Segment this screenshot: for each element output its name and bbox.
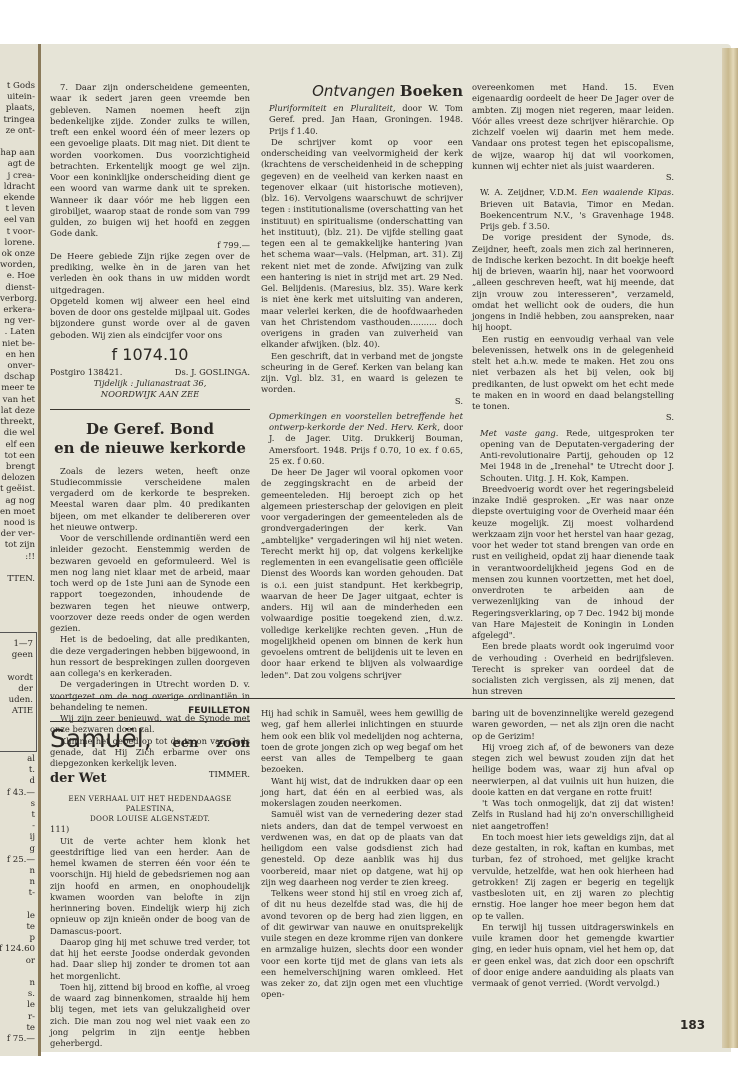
gift-amount: f 799.— [50, 240, 250, 251]
sliver-text-fragment: ng ver- [0, 316, 38, 327]
sliver-text-fragment: agt de [0, 159, 38, 170]
sliver-text-fragment: t [0, 810, 38, 821]
paragraph: De vorige president der Synode, ds. Zeij… [472, 232, 674, 333]
sliver-text-fragment: eel van [0, 215, 38, 226]
sliver-text-fragment: t leven [0, 204, 38, 215]
paragraph: Telkens weer stond hij stil en vroeg zic… [261, 888, 463, 1001]
sliver-text-fragment: niet be- [0, 339, 38, 350]
sliver-text-fragment: die wel [0, 428, 38, 439]
sliver-text-fragment: t Gods [0, 81, 38, 92]
reviewer-signature: S. [261, 396, 463, 407]
feuilleton-divider [50, 698, 675, 699]
sliver-text-fragment: :!! [0, 552, 38, 563]
sliver-text-fragment: e. Hoe [0, 271, 38, 282]
book-reference: Pluriformiteit en Pluraliteit, door W. T… [261, 103, 463, 137]
sliver-text-fragment: t- [0, 888, 38, 899]
sliver-text-fragment: meer te [0, 383, 38, 394]
postgiro-number: Postgiro 138421. [50, 367, 122, 378]
sliver-text-fragment: brengt [0, 462, 38, 473]
paragraph: Breedvoerig wordt over het regeringsbele… [472, 484, 674, 642]
sliver-text-fragment: TTEN. [0, 574, 38, 585]
sliver-text-fragment: - [0, 821, 38, 832]
sliver-text-fragment: ok onze [0, 249, 38, 260]
sliver-text-fragment: n [0, 866, 38, 877]
sliver-text-fragment: ekende [0, 193, 38, 204]
paragraph: Voor de verschillende ordinantiën werd e… [50, 533, 250, 634]
paragraph: En terwijl hij tussen uitdragerswinkels … [472, 922, 674, 990]
reviewer-signature: S. [472, 412, 674, 423]
paragraph: De schrijver komt op voor een onderschei… [261, 137, 463, 351]
paragraph: overeenkomen met Hand. 15. Even eigenaar… [472, 82, 674, 172]
paragraph: baring uit de bovenzinnelijke wereld gez… [472, 708, 674, 742]
sliver-text-fragment: ag nog [0, 496, 38, 507]
sliver-text-fragment: hap aan [0, 148, 38, 159]
paragraph: De Heere gebiede Zijn rijke zegen over d… [50, 251, 250, 296]
sliver-text-fragment: r- [0, 1012, 38, 1023]
sliver-text-fragment: elf een [0, 440, 38, 451]
previous-page-text-top: t Godsuitein-plaats,tringeaze ont- hap a… [0, 44, 38, 585]
sliver-text-fragment: n [0, 978, 38, 989]
sliver-text-fragment: n [0, 877, 38, 888]
sliver-text-fragment: lat deze [0, 406, 38, 417]
installment-number: 111) [50, 824, 250, 835]
sliver-text-fragment: 1—7 [0, 639, 36, 650]
sliver-text-fragment: geen [0, 650, 36, 661]
sliver-text-fragment: t. [0, 765, 38, 776]
paragraph: 't Was toch onmogelijk, dat zij dat wist… [472, 798, 674, 832]
sliver-text-fragment: ldracht [0, 182, 38, 193]
paragraph: Een brede plaats wordt ook ingeruimd voo… [472, 641, 674, 697]
section-divider [50, 409, 250, 410]
sliver-text-fragment: te [0, 922, 38, 933]
paragraph: De heer De Jager wil vooral opkomen voor… [261, 467, 463, 681]
sliver-text-fragment [0, 137, 38, 148]
page-stack-edge [722, 48, 738, 1048]
sliver-text-fragment: uitein- [0, 92, 38, 103]
sliver-text-fragment: delozen [0, 473, 38, 484]
sliver-text-fragment: erkera- [0, 305, 38, 316]
story-title: Samuël, een zoon der Wet [50, 724, 250, 794]
sliver-text-fragment: ij [0, 832, 38, 843]
sliver-text-fragment: s. [0, 989, 38, 1000]
collection-report-column: 7. Daar zijn onderscheidene gemeenten, w… [50, 82, 250, 781]
sliver-text-fragment: . Laten [0, 327, 38, 338]
paragraph: Want hij wist, dat de indrukken daar op … [261, 776, 463, 810]
section-heading: Ontvangen Boeken [261, 82, 463, 100]
sliver-text-fragment: ATIE [0, 706, 36, 717]
signer-name: Ds. J. GOSLINGA. [175, 367, 250, 378]
divider [50, 721, 250, 722]
sliver-text-fragment: t voor- [0, 227, 38, 238]
paragraph: 7. Daar zijn onderscheidene gemeenten, w… [50, 82, 250, 240]
paragraph: En toch moest hier iets geweldigs zijn, … [472, 832, 674, 922]
paragraph: Zoals de lezers weten, heeft onze Studie… [50, 466, 250, 534]
feuilleton-column-3: baring uit de bovenzinnelijke wereld gez… [472, 708, 674, 989]
sliver-text-fragment: plaats, [0, 103, 38, 114]
feuilleton-label: FEUILLETON [50, 706, 250, 717]
paragraph: Een geschrift, dat in verband met de jon… [261, 351, 463, 396]
story-subtitle: EEN VERHAAL UIT HET HEDENDAAGSE PALESTIN… [50, 794, 250, 824]
received-books-continued-column: overeenkomen met Hand. 15. Even eigenaar… [472, 82, 674, 698]
sliver-text-fragment: ze ont- [0, 126, 38, 137]
sliver-text-fragment: or [0, 956, 38, 967]
sliver-text-fragment: threekt, [0, 417, 38, 428]
sliver-text-fragment [0, 900, 38, 911]
sliver-text-fragment: uden. [0, 695, 36, 706]
paragraph: Hij had schik in Samuël, wees hem gewill… [261, 708, 463, 776]
sliver-text-fragment: f 75.— [0, 1034, 38, 1045]
sliver-text-fragment: f 43.— [0, 788, 38, 799]
sliver-text-fragment: le [0, 911, 38, 922]
book-reference: W. A. Zeijdner, V.D.M. Een waaiende Kipa… [472, 187, 674, 232]
sliver-text-fragment: al [0, 754, 38, 765]
paragraph: Toen hij, zittend bij brood en koffie, a… [50, 982, 250, 1050]
book-reference: Met vaste gang. Rede, uitgesproken ter o… [472, 428, 674, 484]
sliver-text-fragment: der [0, 684, 36, 695]
paragraph: Samuël wist van de vernedering dezer sta… [261, 809, 463, 888]
paragraph: Uit de verte achter hem klonk het geestd… [50, 836, 250, 937]
sliver-text-fragment: tot een [0, 451, 38, 462]
sliver-text-fragment: van het [0, 395, 38, 406]
sliver-text-fragment: der ver- [0, 529, 38, 540]
total-amount: f 1074.10 [50, 345, 250, 365]
sliver-text-fragment: en hen [0, 350, 38, 361]
paragraph: Hij vroeg zich af, of de bewoners van de… [472, 742, 674, 798]
previous-page-text-bottom: alt.df 43.—st-ijgf 25.—nnt- letepf 124.6… [0, 754, 38, 1045]
sliver-text-fragment [0, 563, 38, 574]
received-books-column: Ontvangen Boeken Pluriformiteit en Plura… [261, 82, 463, 681]
sliver-text-fragment: tot zijn [0, 540, 38, 551]
paragraph: Daarop ging hij met schuwe tred verder, … [50, 937, 250, 982]
book-reference: Opmerkingen en voorstellen betreffende h… [261, 411, 463, 467]
sliver-text-fragment: tringea [0, 115, 38, 126]
feuilleton-column-2: Hij had schik in Samuël, wees hem gewill… [261, 708, 463, 1001]
sliver-text-fragment: worden, [0, 260, 38, 271]
previous-page-edge: t Godsuitein-plaats,tringeaze ont- hap a… [0, 44, 41, 1056]
sliver-text-fragment: verborg. [0, 294, 38, 305]
sliver-text-fragment: f 124.60 [0, 944, 38, 955]
sliver-text-fragment: te [0, 1023, 38, 1034]
sliver-text-fragment [0, 967, 38, 978]
previous-page-box: 1—7geen wordtderuden.ATIE [0, 632, 37, 752]
sliver-text-fragment: g [0, 844, 38, 855]
sliver-text-fragment: nood is [0, 518, 38, 529]
sliver-text-fragment: p [0, 933, 38, 944]
sliver-text-fragment: lorene. [0, 238, 38, 249]
reviewer-signature: S. [472, 172, 674, 183]
sliver-text-fragment: le [0, 1000, 38, 1011]
article-title: De Geref. Bond en de nieuwe kerkorde [50, 420, 250, 458]
sliver-text-fragment: dienst- [0, 283, 38, 294]
sliver-text-fragment: dschap [0, 372, 38, 383]
sliver-text-fragment: en moet [0, 507, 38, 518]
sliver-text-fragment: onver- [0, 361, 38, 372]
sliver-text-fragment: f 25.— [0, 855, 38, 866]
address-city: NOORDWIJK AAN ZEE [50, 389, 250, 400]
sliver-text-fragment: s [0, 799, 38, 810]
sliver-text-fragment: d [0, 776, 38, 787]
page-number: 183 [680, 1018, 705, 1032]
sliver-text-fragment [0, 661, 36, 672]
sliver-text-fragment: j crea- [0, 171, 38, 182]
sliver-text-fragment: t geëist. [0, 484, 38, 495]
address-line: Tijdelijk : Julianastraat 36, [50, 378, 250, 389]
paragraph: Een rustig en eenvoudig verhaal van vele… [472, 334, 674, 413]
paragraph: Het is de bedoeling, dat alle predikante… [50, 634, 250, 679]
feuilleton-column-1: FEUILLETON Samuël, een zoon der Wet EEN … [50, 704, 250, 1049]
sliver-text-fragment: wordt [0, 673, 36, 684]
paragraph: Opgeteld komen wij alweer een heel eind … [50, 296, 250, 341]
